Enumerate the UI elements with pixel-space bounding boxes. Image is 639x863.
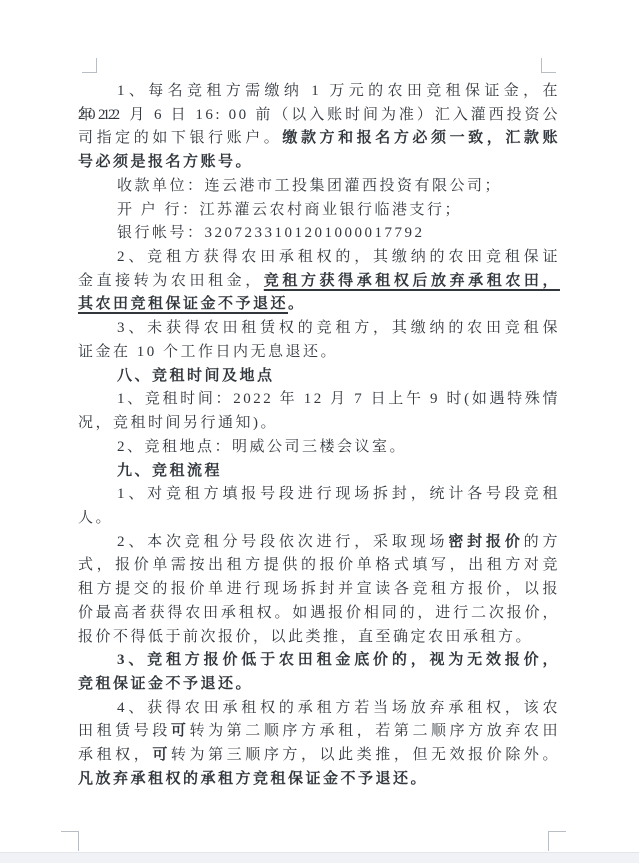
text-run: 2、竞租方获得农田承租权的，其缴纳的农田竞租保证 xyxy=(117,249,560,265)
text-run: 其农田竞租保证金不予退还 xyxy=(78,296,288,312)
text-run: 号必须是报名方账号。 xyxy=(78,154,253,170)
text-run: 可 xyxy=(171,723,190,739)
document-line: 4、获得农田承租权的承租方若当场放弃承租权，该农 xyxy=(78,697,560,721)
text-run: 式，报价单需按出租方提供的报价单格式填写，出租方对竞 xyxy=(78,557,560,573)
text-block: 1、每名竞租方需缴纳 1 万元的农田竞租保证金，在 2022年 12 月 6 日… xyxy=(78,80,560,792)
document-line: 3、未获得农田租赁权的竞租方，其缴纳的农田竞租保 xyxy=(78,317,560,341)
document-line: 2、竞租地点：明威公司三楼会议室。 xyxy=(78,436,560,460)
document-line: 3、竞租方报价低于农田租金底价的，视为无效报价， xyxy=(78,649,560,673)
document-line: 八、竞租时间及地点 xyxy=(78,365,560,389)
text-boundary-mark-bottom-left xyxy=(61,831,79,851)
text-run: 2、竞租地点：明威公司三楼会议室。 xyxy=(117,439,407,455)
text-run: 收款单位：连云港市工投集团灌西投资有限公司； xyxy=(117,178,502,194)
document-line: 2、竞租方获得农田承租权的，其缴纳的农田竞租保证 xyxy=(78,246,560,270)
text-run: 银行帐号：3207233101201000017792 xyxy=(117,225,425,241)
text-run: 金直接转为农田租金， xyxy=(78,273,264,289)
text-boundary-mark-top-right xyxy=(541,58,556,73)
document-line: 收款单位：连云港市工投集团灌西投资有限公司； xyxy=(78,175,560,199)
text-run: 密封报价 xyxy=(448,534,523,550)
document-line: 九、竞租流程 xyxy=(78,460,560,484)
document-line: 2、本次竞租分号段依次进行，采取现场密封报价的方 xyxy=(78,531,560,555)
text-run: 凡放弃承租权的承租方竞租保证金不予退还。 xyxy=(78,771,428,787)
document-line: 竞租保证金不予退还。 xyxy=(78,673,560,697)
text-run: 3、竞租方报价低于农田租金底价的，视为无效报价， xyxy=(117,652,560,668)
document-line: 年 12 月 6 日 16: 00 前（以入账时间为准）汇入灌西投资公 xyxy=(78,104,560,128)
text-run: 报价不得低于前次报价，以此类推，直至确定农田承租方。 xyxy=(78,629,533,645)
page-bottom-edge xyxy=(0,852,639,863)
text-run: 开 户 行：江苏灌云农村商业银行临港支行； xyxy=(117,202,462,218)
text-run: 承租权， xyxy=(78,747,152,763)
text-run: 竞租保证金不予退还。 xyxy=(78,676,253,692)
document-line: 其农田竞租保证金不予退还。 xyxy=(78,293,560,317)
document-line: 开 户 行：江苏灌云农村商业银行临港支行； xyxy=(78,199,560,223)
document-line: 报价不得低于前次报价，以此类推，直至确定农田承租方。 xyxy=(78,626,560,650)
text-run: 九、竞租流程 xyxy=(117,463,222,479)
document-line: 证金在 10 个工作日内无息退还。 xyxy=(78,341,560,365)
text-run: 证金在 10 个工作日内无息退还。 xyxy=(78,344,338,360)
text-run: 年 12 月 6 日 16: 00 前（以入账时间为准）汇入灌西投资公 xyxy=(78,107,560,123)
text-run: 4、获得农田承租权的承租方若当场放弃承租权，该农 xyxy=(117,700,560,716)
text-run: 转为第三顺序方，以此类推，但无效报价除外。 xyxy=(171,747,560,763)
document-line: 租方提交的报价单进行现场拆封并宣读各竞租方报价，以报 xyxy=(78,578,560,602)
document-line: 1、对竞租方填报号段进行现场拆封，统计各号段竞租 xyxy=(78,483,560,507)
text-boundary-mark-top-left xyxy=(82,58,97,73)
document-line: 人。 xyxy=(78,507,560,531)
document-line: 式，报价单需按出租方提供的报价单格式填写，出租方对竞 xyxy=(78,554,560,578)
text-run: 人。 xyxy=(78,510,113,526)
text-run: 。 xyxy=(288,296,306,312)
text-run: 可 xyxy=(152,747,171,763)
document-line: 号必须是报名方账号。 xyxy=(78,151,560,175)
text-run: 3、未获得农田租赁权的竞租方，其缴纳的农田竞租保 xyxy=(117,320,560,336)
text-boundary-mark-bottom-right xyxy=(548,831,566,851)
text-run: 2、本次竞租分号段依次进行，采取现场 xyxy=(117,534,448,550)
document-line: 承租权，可转为第三顺序方，以此类推，但无效报价除外。 xyxy=(78,744,560,768)
document-line: 况，竞租时间另行通知)。 xyxy=(78,412,560,436)
text-run: 缴款方和报名方必须一致，汇款账 xyxy=(282,130,560,146)
text-run: 1、对竞租方填报号段进行现场拆封，统计各号段竞租 xyxy=(117,486,560,502)
document-line: 银行帐号：3207233101201000017792 xyxy=(78,222,560,246)
document-line: 田租赁号段可转为第二顺序方承租，若第二顺序方放弃农田 xyxy=(78,720,560,744)
document-line: 凡放弃承租权的承租方竞租保证金不予退还。 xyxy=(78,768,560,792)
text-run: 田租赁号段 xyxy=(78,723,171,739)
document-line: 金直接转为农田租金，竞租方获得承租权后放弃承租农田， xyxy=(78,270,560,294)
text-run: 八、竞租时间及地点 xyxy=(117,368,275,384)
text-run: 况，竞租时间另行通知)。 xyxy=(78,415,278,431)
text-run: 司指定的如下银行账户。 xyxy=(78,130,282,146)
text-run: 价最高者获得农田承租权。如遇报价相同的，进行二次报价， xyxy=(78,605,560,621)
document-line: 1、竞租时间：2022 年 12 月 7 日上午 9 时(如遇特殊情 xyxy=(78,388,560,412)
text-run: 竞租方获得承租权后放弃承租农田， xyxy=(264,273,560,289)
document-line: 1、每名竞租方需缴纳 1 万元的农田竞租保证金，在 2022 xyxy=(78,80,560,104)
text-run: 1、竞租时间：2022 年 12 月 7 日上午 9 时(如遇特殊情 xyxy=(117,391,560,407)
document-line: 司指定的如下银行账户。缴款方和报名方必须一致，汇款账 xyxy=(78,127,560,151)
document-page: 1、每名竞租方需缴纳 1 万元的农田竞租保证金，在 2022年 12 月 6 日… xyxy=(0,0,639,863)
text-run: 的方 xyxy=(524,534,560,550)
text-run: 转为第二顺序方承租，若第二顺序方放弃农田 xyxy=(190,723,561,739)
text-run: 租方提交的报价单进行现场拆封并宣读各竞租方报价，以报 xyxy=(78,581,560,597)
document-line: 价最高者获得农田承租权。如遇报价相同的，进行二次报价， xyxy=(78,602,560,626)
